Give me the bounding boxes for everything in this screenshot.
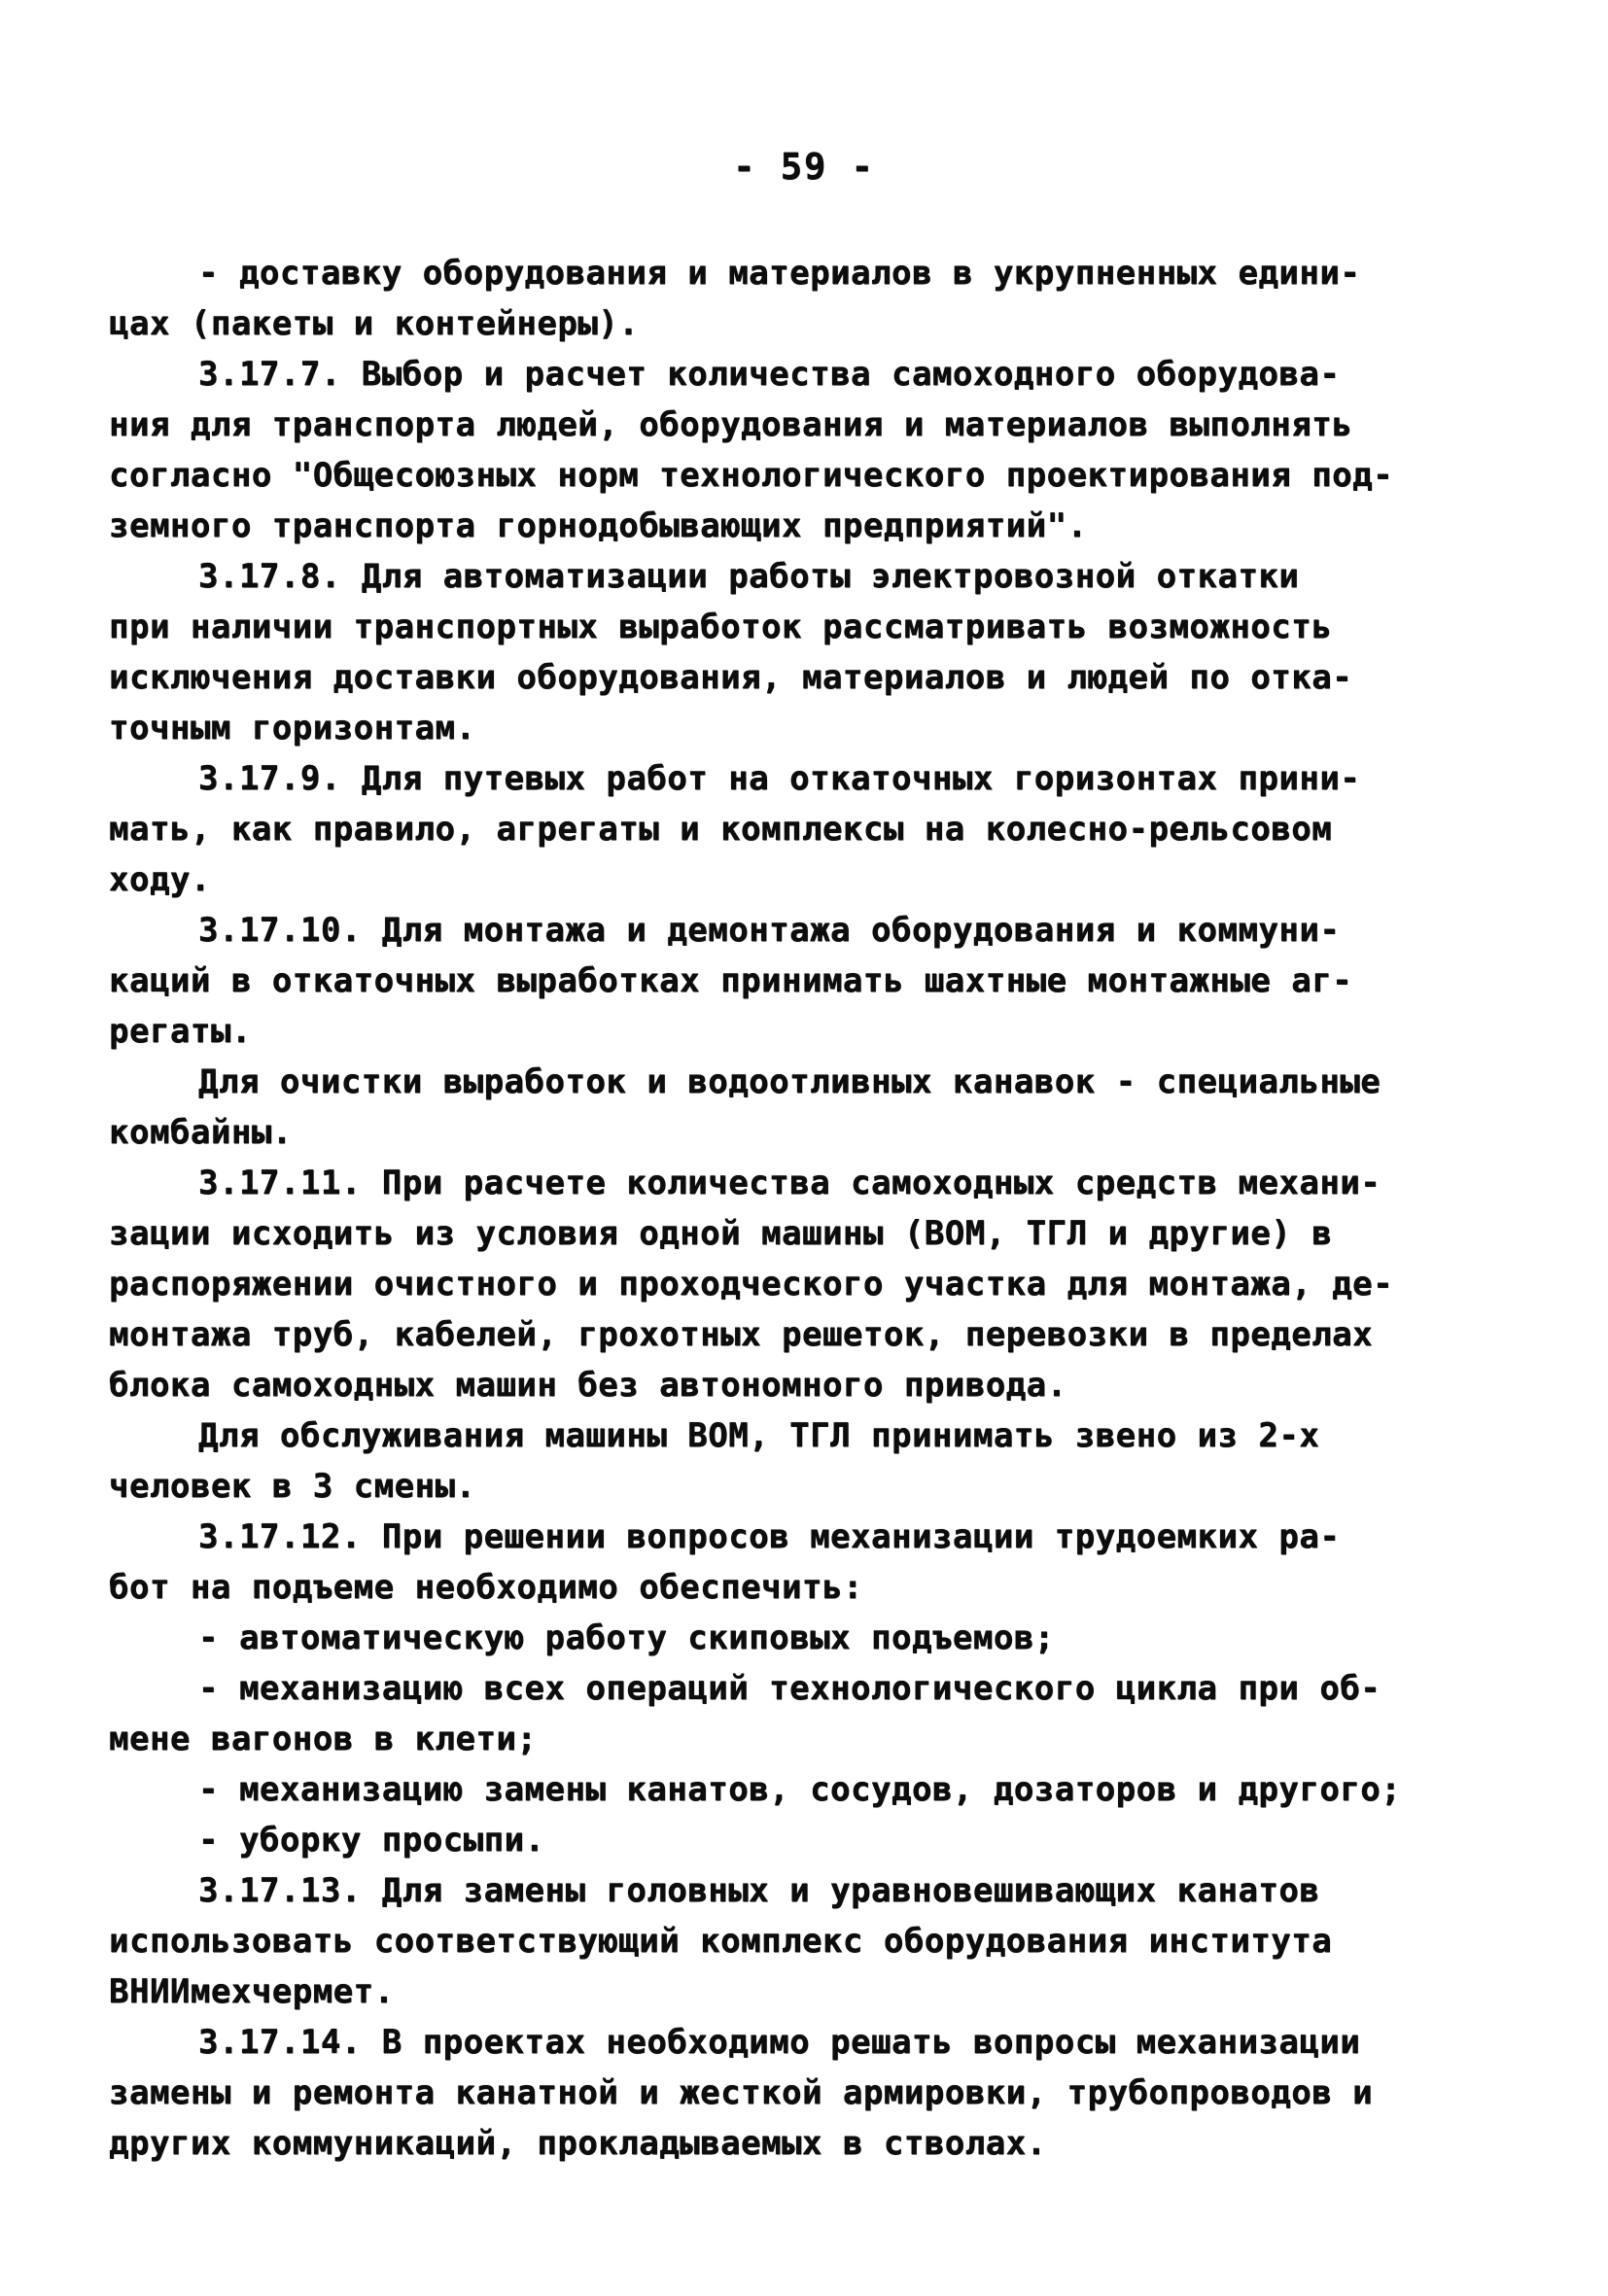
text-line: - механизацию всех операций технологичес… <box>109 1663 1503 1714</box>
text-line: земного транспорта горнодобывающих предп… <box>109 501 1503 551</box>
text-line: 3.17.8. Для автоматизации работы электро… <box>109 551 1503 602</box>
paragraph: - механизацию всех операций технологичес… <box>109 1663 1503 1764</box>
paragraph: Для очистки выработок и водоотливных кан… <box>109 1057 1503 1158</box>
paragraph: - уборку просыпи. <box>109 1815 1503 1865</box>
paragraph: 3.17.12. При решении вопросов механизаци… <box>109 1512 1503 1613</box>
document-text-block: - доставку оборудования и материалов в у… <box>109 248 1503 2169</box>
text-line: исключения доставки оборудования, матери… <box>109 652 1503 703</box>
text-line: Для обслуживания машины ВОМ, ТГЛ принима… <box>109 1410 1503 1461</box>
text-line: ВНИИмехчермет. <box>109 1966 1503 2017</box>
text-line: замены и ремонта канатной и жесткой арми… <box>109 2068 1503 2118</box>
text-line: использовать соответствующий комплекс об… <box>109 1916 1503 1966</box>
text-line: цах (пакеты и контейнеры). <box>109 298 1503 349</box>
text-line: бот на подъеме необходимо обеспечить: <box>109 1562 1503 1613</box>
text-line: - механизацию замены канатов, сосудов, д… <box>109 1764 1503 1815</box>
text-line: - уборку просыпи. <box>109 1815 1503 1865</box>
paragraph: 3.17.9. Для путевых работ на откаточных … <box>109 753 1503 905</box>
text-line: мать, как правило, агрегаты и комплексы … <box>109 804 1503 854</box>
text-line: точным горизонтам. <box>109 703 1503 753</box>
text-line: ния для транспорта людей, оборудования и… <box>109 400 1503 450</box>
document-page: - 59 - - доставку оборудования и материа… <box>0 0 1608 2296</box>
text-line: распоряжении очистного и проходческого у… <box>109 1259 1503 1309</box>
paragraph: 3.17.14. В проектах необходимо решать во… <box>109 2017 1503 2169</box>
paragraph: - автоматическую работу скиповых подъемо… <box>109 1613 1503 1663</box>
paragraph: 3.17.11. При расчете количества самоходн… <box>109 1158 1503 1410</box>
text-line: согласно "Общесоюзных норм технологическ… <box>109 450 1503 501</box>
text-line: - автоматическую работу скиповых подъемо… <box>109 1613 1503 1663</box>
paragraph: 3.17.10. Для монтажа и демонтажа оборудо… <box>109 905 1503 1057</box>
text-line: 3.17.7. Выбор и расчет количества самохо… <box>109 349 1503 400</box>
text-line: 3.17.11. При расчете количества самоходн… <box>109 1158 1503 1208</box>
text-line: комбайны. <box>109 1107 1503 1158</box>
text-line: ходу. <box>109 854 1503 905</box>
paragraph: - доставку оборудования и материалов в у… <box>109 248 1503 349</box>
page-number: - 59 - <box>0 146 1608 188</box>
text-line: - доставку оборудования и материалов в у… <box>109 248 1503 298</box>
text-line: 3.17.9. Для путевых работ на откаточных … <box>109 753 1503 804</box>
text-line: каций в откаточных выработках принимать … <box>109 956 1503 1006</box>
paragraph: - механизацию замены канатов, сосудов, д… <box>109 1764 1503 1815</box>
text-line: блока самоходных машин без автономного п… <box>109 1360 1503 1410</box>
text-line: 3.17.14. В проектах необходимо решать во… <box>109 2017 1503 2068</box>
text-line: 3.17.13. Для замены головных и уравновеш… <box>109 1865 1503 1916</box>
text-line: зации исходить из условия одной машины (… <box>109 1208 1503 1259</box>
text-line: других коммуникаций, прокладываемых в ст… <box>109 2118 1503 2169</box>
paragraph: Для обслуживания машины ВОМ, ТГЛ принима… <box>109 1410 1503 1512</box>
paragraph: 3.17.8. Для автоматизации работы электро… <box>109 551 1503 753</box>
text-line: мене вагонов в клети; <box>109 1714 1503 1764</box>
paragraph: 3.17.13. Для замены головных и уравновеш… <box>109 1865 1503 2017</box>
text-line: монтажа труб, кабелей, грохотных решеток… <box>109 1309 1503 1360</box>
paragraph: 3.17.7. Выбор и расчет количества самохо… <box>109 349 1503 551</box>
text-line: при наличии транспортных выработок рассм… <box>109 602 1503 652</box>
text-line: 3.17.12. При решении вопросов механизаци… <box>109 1512 1503 1562</box>
text-line: Для очистки выработок и водоотливных кан… <box>109 1057 1503 1107</box>
text-line: регаты. <box>109 1006 1503 1057</box>
text-line: 3.17.10. Для монтажа и демонтажа оборудо… <box>109 905 1503 956</box>
text-line: человек в 3 смены. <box>109 1461 1503 1512</box>
